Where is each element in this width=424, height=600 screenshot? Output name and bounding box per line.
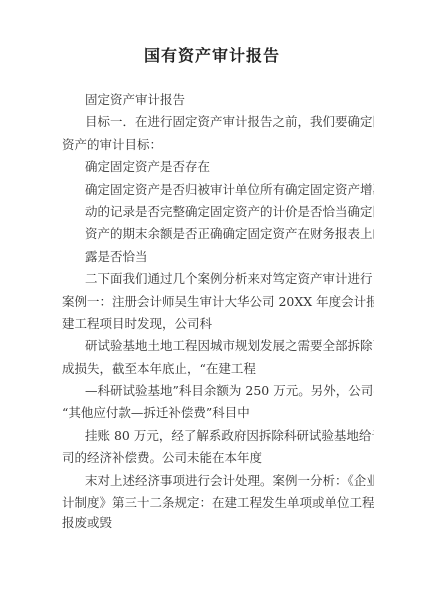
text-line: “其他应付款—拆迁补偿费”科目中 xyxy=(62,402,374,424)
text-line: 研试验基地土地工程因城市规划发展之需要全部拆除而造 xyxy=(62,335,374,357)
text-line: 司的经济补偿费。公司未能在本年度 xyxy=(62,447,374,469)
text-line: 动的记录是否完整确定固定资产的计价是否恰当确定固定 xyxy=(62,201,374,223)
text-line: 资产的期末余额是否正确确定固定资产在财务报表上的披 xyxy=(62,223,374,245)
text-line: 目标一．在进行固定资产审计报告之前，我们要确定固定 xyxy=(62,111,374,133)
text-line: 挂账 80 万元，经了解系政府因拆除科研试验基地给予公 xyxy=(62,425,374,447)
text-line: 报废或毁 xyxy=(62,514,374,531)
text-line: 末对上述经济事项进行会计处理。案例一分析：《企业会 xyxy=(62,470,374,492)
document-body: 固定资产审计报告目标一．在进行固定资产审计报告之前，我们要确定固定资产的审计目标… xyxy=(0,89,424,531)
document-title: 国有资产审计报告 xyxy=(0,46,424,66)
text-line: 二下面我们通过几个案例分析来对笃定资产审计进行了解 xyxy=(62,268,374,290)
text-line: 确定固定资产是否归被审计单位所有确定固定资产增减变 xyxy=(62,179,374,201)
text-line: 固定资产审计报告 xyxy=(62,89,374,111)
text-line: 计制度》第三十二条规定：在建工程发生单项或单位工程 xyxy=(62,492,374,514)
text-line: 案例一：注册会计师吴生审计大华公司 20XX 年度会计报表在 xyxy=(62,291,374,313)
text-line: 建工程项目时发现，公司科 xyxy=(62,313,374,335)
document-page: 国有资产审计报告 固定资产审计报告目标一．在进行固定资产审计报告之前，我们要确定… xyxy=(0,0,424,600)
text-line: 资产的审计目标： xyxy=(62,134,374,156)
text-line: —科研试验基地”科目余额为 250 万元。另外，公司在 xyxy=(62,380,374,402)
text-line: 确定固定资产是否存在 xyxy=(62,156,374,178)
text-line: 露是否恰当 xyxy=(62,246,374,268)
text-line: 成损失，截至本年底止，“在建工程 xyxy=(62,358,374,380)
